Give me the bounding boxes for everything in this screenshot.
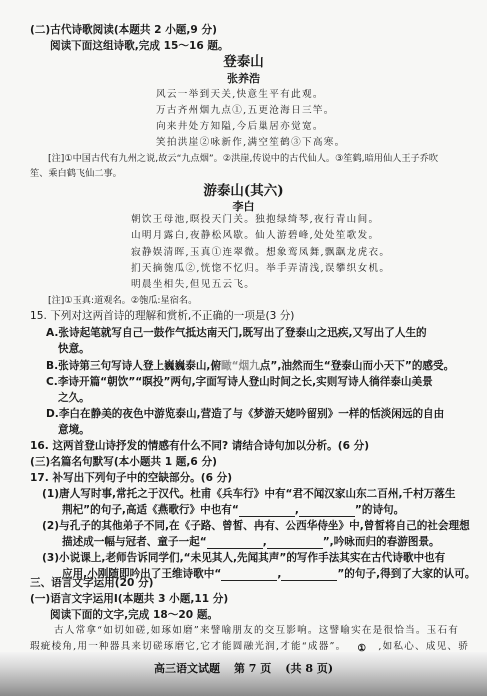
q17-item-2: (2)与孔子的其他弟子不同,在《子路、曾皙、冉有、公西华侍坐》中,曾皙将自己的社… — [42, 519, 470, 533]
footer-exam-name: 高三语文试题 — [154, 662, 220, 675]
poem1-author: 张养浩 — [0, 72, 487, 86]
poem2-note: [注]①玉真:道观名。②匏瓜:星宿名。 — [48, 294, 197, 308]
poetry-instruction: 阅读下面这组诗歌,完成 15～16 题。 — [50, 39, 229, 53]
q17-item-2-cont: 描述成一幅与冠者、童子一起“,”,吟咏而归的春游图景。 — [62, 535, 440, 549]
answer-blank[interactable] — [207, 537, 263, 549]
poem1-line-1: 风云一举到天关,快意生平有此观。 — [156, 88, 324, 102]
q15-option-a-cont: 快意。 — [58, 342, 90, 356]
footer-page-total: (共 8 页) — [285, 662, 333, 675]
q15-option-d-cont: 意境。 — [58, 423, 90, 437]
page-footer: 高三语文试题第 7 页(共 8 页) — [0, 660, 487, 676]
exam-page: (二)古代诗歌阅读(本题共 2 小题,9 分) 阅读下面这组诗歌,完成 15～1… — [0, 0, 487, 696]
q17-item-1-cont: 荆杞”的句子,高适《燕歌行》中也有“,”的诗句。 — [62, 503, 404, 517]
part-3-heading: 三、语言文字运用(20 分) — [30, 576, 153, 590]
answer-blank[interactable] — [239, 505, 295, 517]
poem1-line-3: 向来井处方知隘,今后巢居亦觉宽。 — [156, 120, 324, 134]
poem1-line-4: 笑拍洪崖②咏新作,满空笙鹤③下高寒。 — [156, 136, 346, 150]
poem2-line-4: 扪天摘匏瓜②,恍惚不忆归。举手弄清浅,误攀织女机。 — [131, 262, 390, 276]
q15-option-b: B.张诗第三句写诗人登上巍巍泰山,俯瞰“烟九点”,油然而生“登泰山而小天下”的感… — [46, 359, 454, 373]
poem1-title: 登泰山 — [0, 55, 487, 69]
section-heading-poetry: (二)古代诗歌阅读(本题共 2 小题,9 分) — [30, 23, 217, 37]
answer-blank[interactable] — [221, 569, 277, 581]
footer-page-number: 第 7 页 — [234, 662, 271, 675]
poem2-line-2: 山明月露白,夜静松风歇。仙人游碧峰,处处笙歌发。 — [131, 229, 379, 243]
q17-item-3: (3)小说课上,老师告诉同学们,“未见其人,先闻其声”的写作手法其实在古代诗歌中… — [42, 551, 445, 565]
option-label: A. — [46, 327, 58, 339]
poem2-line-3: 寂静娱清晖,玉真①连翠微。想象鸾凤舞,飘飖龙虎衣。 — [131, 246, 390, 260]
q15-option-a: A.张诗起笔就写自己一鼓作气抵达南天门,既写出了登泰山之迅疾,又写出了人生的 — [46, 326, 427, 340]
section-heading-dictation: (三)名篇名句默写(本小题共 1 题,6 分) — [30, 455, 217, 469]
passage-line-1: 古人常拿“如切如磋,如琢如磨”来譬喻朋友的交互影响。这譬喻实在是很恰当。玉石有 — [54, 624, 459, 638]
q15-stem: 15. 下列对这两首诗的理解和赏析,不正确的一项是(3 分) — [30, 309, 294, 323]
section-heading-language: (一)语言文字运用Ⅰ(本题共 3 小题,11 分) — [30, 592, 228, 606]
language-instruction: 阅读下面的文字,完成 18～20 题。 — [50, 608, 218, 622]
poem2-author: 李白 — [0, 200, 487, 214]
q17-stem: 17. 补写出下列句子中的空缺部分。(6 分) — [30, 471, 232, 485]
poem2-line-5: 明晨坐相失,但见五云飞。 — [131, 278, 255, 292]
poem1-note: [注]①中国古代有九州之说,故云“九点烟”。②洪崖,传说中的古代仙人。③笙鹤,暗… — [48, 152, 438, 166]
answer-blank[interactable] — [267, 537, 323, 549]
q15-option-d: D.李白在静美的夜色中游览泰山,营造了与《梦游天姥吟留别》一样的恬淡闲远的自由 — [46, 407, 444, 421]
answer-blank[interactable] — [299, 505, 355, 517]
q15-option-c: C.李诗开篇“朝饮”“暝投”两句,字面写诗人登山时间之长,实则写诗人徜徉泰山美景 — [46, 375, 433, 389]
q17-item-1: (1)唐人写时事,常托之于汉代。杜甫《兵车行》中有“君不闻汉家山东二百州,千村万… — [42, 487, 455, 501]
q15-option-c-cont: 之久。 — [58, 391, 90, 405]
poem1-line-2: 万古齐州烟九点①,五更沧海日三竿。 — [156, 104, 335, 118]
poem1-note-cont: 笙、乘白鹤飞仙二事。 — [30, 167, 122, 181]
answer-blank[interactable] — [281, 569, 337, 581]
q16-stem: 16. 这两首登山诗抒发的情感有什么不同? 请结合诗句加以分析。(6 分) — [30, 439, 369, 453]
poem2-title: 游泰山(其六) — [0, 184, 487, 198]
poem2-line-1: 朝饮王母池,暝投天门关。独抱绿绮琴,夜行青山间。 — [131, 213, 379, 227]
